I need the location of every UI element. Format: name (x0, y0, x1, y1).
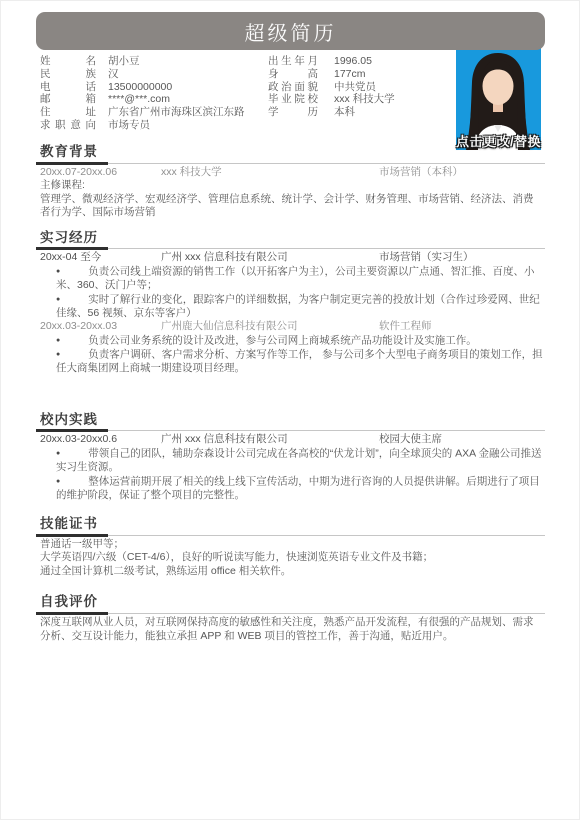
resume-title: 超级简历 (245, 17, 337, 46)
profile-row-degree: 学历本科 (268, 106, 450, 119)
bullet-item: ●整体运营前期开展了相关的线上线下宣传活动，中期为进行咨询的人员提供讲解。后期进… (40, 475, 543, 503)
field-value: 市场专员 (108, 119, 150, 131)
entry-role: 校园大使主席 (379, 433, 543, 447)
profile-row-objective: 求职意向市场专员 (40, 119, 268, 132)
section-skills-header: 技能证书 (36, 516, 545, 536)
profile-row-school: 毕业院校xxx 科技大学 (268, 93, 450, 106)
entry-date: 20xx.03-20xx0.6 (40, 433, 161, 447)
entry-company: 广州鹿大仙信息科技有限公司 (161, 320, 379, 334)
field-label: 身高 (268, 68, 318, 81)
profile-right-column: 出生年月1996.05 身高177cm 政治面貌中共党员 毕业院校xxx 科技大… (268, 55, 450, 132)
skill-line: 大学英语四/六级（CET-4/6），良好的听说读写能力，快速浏览英语专业文件及书… (40, 551, 543, 565)
field-value: 本科 (334, 106, 355, 118)
bullet-icon: ● (56, 293, 60, 307)
resume-body: 教育背景 20xx.07-20xx.06 xxx 科技大学 市场营销（本科） 主… (36, 144, 545, 643)
id-photo[interactable]: 点击更改/替换 (456, 46, 541, 150)
section-evaluation-header: 自我评价 (36, 594, 545, 614)
entry-company: 广州 xxx 信息科技有限公司 (161, 433, 379, 447)
profile-row-ethnicity: 民族汉 (40, 68, 268, 81)
field-label: 毕业院校 (268, 93, 318, 106)
field-value: 广东省广州市海珠区滨江东路 (108, 106, 245, 118)
field-label: 求职意向 (40, 119, 96, 132)
bullet-icon: ● (56, 334, 60, 348)
skill-line: 普通话一级甲等； (40, 538, 543, 552)
profile-row-email: 邮箱****@***.com (40, 93, 268, 106)
field-value: 汉 (108, 68, 119, 80)
field-label: 学历 (268, 106, 318, 119)
bullet-item: ●带领自己的团队，辅助奈森设计公司完成在各高校的“伏龙计划”，向全球顶尖的 AX… (40, 447, 543, 475)
bullet-item: ●负责公司业务系统的设计及改进，参与公司网上商城系统产品功能设计及实施工作。 (40, 334, 543, 348)
profile-row-name: 姓名胡小豆 (40, 55, 268, 68)
field-value: 胡小豆 (108, 55, 140, 67)
bullet-item: ●负责公司线上端资源的销售工作（以开拓客户为主），公司主要资源以广点通、智汇推、… (40, 265, 543, 293)
section-self-evaluation: 自我评价 深度互联网从业人员，对互联网保持高度的敏感性和关注度，熟悉产品开发流程… (36, 594, 545, 643)
profile-info: 姓名胡小豆 民族汉 电话13500000000 邮箱****@***.com 住… (40, 55, 450, 132)
bullet-icon: ● (56, 348, 60, 362)
field-value: 177cm (334, 68, 366, 80)
internship-meta-row: 20xx-04 至今 广州 xxx 信息科技有限公司 市场营销（实习生） (40, 251, 543, 265)
bullet-text: 负责公司业务系统的设计及改进，参与公司网上商城系统产品功能设计及实施工作。 (88, 334, 477, 346)
bullet-text: 实时了解行业的变化，跟踪客户的详细数据，为客户制定更完善的投放计划（合作过珍爱网… (56, 293, 540, 319)
courses-label: 主修课程: (40, 179, 543, 193)
courses-text: 管理学、微观经济学、宏观经济学、管理信息系统、统计学、会计学、财务管理、市场营销… (40, 193, 543, 220)
education-date: 20xx.07-20xx.06 (40, 166, 161, 180)
field-value: ****@***.com (108, 93, 170, 105)
bullet-text: 负责公司线上端资源的销售工作（以开拓客户为主），公司主要资源以广点通、智汇推、百… (56, 265, 534, 291)
internship-entry: 20xx.03-20xx.03 广州鹿大仙信息科技有限公司 软件工程师 ●负责公… (40, 320, 543, 375)
section-internship-header: 实习经历 (36, 230, 545, 250)
entry-date: 20xx-04 至今 (40, 251, 161, 265)
profile-row-birth: 出生年月1996.05 (268, 55, 450, 68)
profile-left-column: 姓名胡小豆 民族汉 电话13500000000 邮箱****@***.com 住… (40, 55, 268, 132)
field-value: 13500000000 (108, 81, 172, 93)
bullet-item: ●实时了解行业的变化，跟踪客户的详细数据，为客户制定更完善的投放计划（合作过珍爱… (40, 293, 543, 321)
field-value: xxx 科技大学 (334, 93, 395, 105)
field-label: 邮箱 (40, 93, 96, 106)
field-value: 中共党员 (334, 81, 376, 93)
campus-meta-row: 20xx.03-20xx0.6 广州 xxx 信息科技有限公司 校园大使主席 (40, 433, 543, 447)
resume-page: 超级简历 点击更改/替换 姓名胡小豆 民族汉 电话13500000000 邮箱*… (0, 0, 580, 820)
section-skills: 技能证书 普通话一级甲等； 大学英语四/六级（CET-4/6），良好的听说读写能… (36, 516, 545, 578)
entry-company: 广州 xxx 信息科技有限公司 (161, 251, 379, 265)
bullet-text: 负责客户调研、客户需求分析、方案写作等工作， 参与公司多个大型电子商务项目的策划… (56, 349, 543, 375)
education-meta-row: 20xx.07-20xx.06 xxx 科技大学 市场营销（本科） (40, 166, 543, 180)
entry-date: 20xx.03-20xx.03 (40, 320, 161, 334)
section-title: 实习经历 (36, 231, 108, 251)
entry-role: 市场营销（实习生） (379, 251, 543, 265)
replace-photo-button[interactable]: 点击更改/替换 (450, 131, 547, 150)
profile-row-political: 政治面貌中共党员 (268, 81, 450, 94)
entry-role: 软件工程师 (379, 320, 543, 334)
section-internship: 实习经历 20xx-04 至今 广州 xxx 信息科技有限公司 市场营销（实习生… (36, 230, 545, 376)
field-label: 姓名 (40, 55, 96, 68)
field-label: 政治面貌 (268, 81, 318, 94)
education-major: 市场营销（本科） (379, 166, 543, 180)
section-title: 自我评价 (36, 595, 108, 615)
field-value: 1996.05 (334, 55, 372, 67)
field-label: 电话 (40, 81, 96, 94)
bullet-icon: ● (56, 447, 60, 461)
resume-title-bar: 超级简历 (36, 12, 545, 50)
skill-line: 通过全国计算机二级考试，熟练运用 office 相关软件。 (40, 565, 543, 579)
bullet-text: 整体运营前期开展了相关的线上线下宣传活动，中期为进行咨询的人员提供讲解。后期进行… (56, 475, 540, 501)
bullet-item: ●负责客户调研、客户需求分析、方案写作等工作， 参与公司多个大型电子商务项目的策… (40, 348, 543, 376)
internship-entry: 20xx-04 至今 广州 xxx 信息科技有限公司 市场营销（实习生） ●负责… (40, 251, 543, 320)
section-education: 教育背景 20xx.07-20xx.06 xxx 科技大学 市场营销（本科） 主… (36, 144, 545, 220)
internship-meta-row: 20xx.03-20xx.03 广州鹿大仙信息科技有限公司 软件工程师 (40, 320, 543, 334)
education-school: xxx 科技大学 (161, 166, 379, 180)
bullet-text: 带领自己的团队，辅助奈森设计公司完成在各高校的“伏龙计划”，向全球顶尖的 AXA… (56, 447, 542, 473)
section-campus-practice: 校内实践 20xx.03-20xx0.6 广州 xxx 信息科技有限公司 校园大… (36, 412, 545, 502)
field-label: 出生年月 (268, 55, 318, 68)
field-label: 民族 (40, 68, 96, 81)
evaluation-text: 深度互联网从业人员，对互联网保持高度的敏感性和关注度，熟悉产品开发流程，有很强的… (40, 616, 543, 643)
bullet-icon: ● (56, 265, 60, 279)
section-title: 校内实践 (36, 413, 108, 433)
profile-row-phone: 电话13500000000 (40, 81, 268, 94)
section-campus-header: 校内实践 (36, 412, 545, 432)
field-label: 住址 (40, 106, 96, 119)
profile-row-address: 住址广东省广州市海珠区滨江东路 (40, 106, 268, 119)
section-title: 技能证书 (36, 517, 108, 537)
section-title: 教育背景 (36, 145, 108, 165)
profile-row-height: 身高177cm (268, 68, 450, 81)
bullet-icon: ● (56, 475, 60, 489)
